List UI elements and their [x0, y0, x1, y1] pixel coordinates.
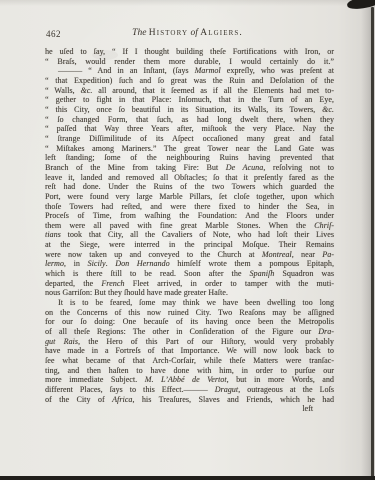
italic-segment: French	[101, 279, 124, 288]
italic-segment: Marmol	[195, 66, 221, 75]
text-line: “ Miſtakes among Mariners.” The great To…	[45, 144, 334, 154]
page-edge-shadow	[361, 0, 371, 480]
italic-segment: Chriſ-	[314, 221, 334, 230]
text-line: different Places, ſays to this Effect.——…	[45, 385, 334, 395]
text-line: departed, the French Fleet arrived, in o…	[45, 279, 334, 289]
italic-segment: lermo	[45, 259, 64, 268]
running-title-the: The	[132, 28, 146, 38]
text-line: tians took that City, all the Cavaliers …	[45, 230, 334, 240]
text-line: of the City of Africa, his Treaſures, Sl…	[45, 395, 334, 405]
text-line: thoſe Towers had reſted, and were there …	[45, 202, 334, 212]
text-line: “ this City, once ſo beautiful in its Si…	[45, 105, 334, 115]
italic-segment: Dragut	[215, 385, 238, 394]
text-line: more immediate Subject. M. L’Abbé de Ver…	[45, 375, 334, 385]
text-line: he uſed to ſay, “ If I thought building …	[45, 47, 334, 57]
text-line: “ Braſs, would render them more durable,…	[45, 57, 334, 67]
body-text: he uſed to ſay, “ If I thought building …	[45, 47, 334, 414]
text-line: “ that Expedition) ſuch and ſo great was…	[45, 76, 334, 86]
italic-segment: Don Hernando	[115, 259, 169, 268]
text-line: leave it, landed and removed all Obſtacl…	[45, 173, 334, 183]
text-line: “ gether to fight in that Place: Inſomuc…	[45, 95, 334, 105]
italic-segment: Dra-	[318, 327, 334, 336]
text-line: “ Walls, &c. all around, that it ſeemed …	[45, 86, 334, 96]
text-line: “ paſſed that Way three Years after, miſ…	[45, 124, 334, 134]
text-line: were now taken up and conveyed to the Ch…	[45, 250, 334, 260]
text-line: at the Siege, were interred in the princ…	[45, 240, 334, 250]
text-line: them were all paved with fine great Marb…	[45, 221, 334, 231]
text-line: “ ſo changed Form, that ſuch, as had lon…	[45, 115, 334, 125]
text-line: Proceſs of Time, from waſhing the Founda…	[45, 211, 334, 221]
text-line: Branch of the Mine from taking Fire: But…	[45, 163, 334, 173]
text-line: which is there ſtill to be read. Soon af…	[45, 269, 334, 279]
italic-segment: De Acuna	[226, 163, 264, 172]
text-line: have made in a Fortreſs of that Importan…	[45, 346, 334, 356]
italic-segment: M. L’Abbé de Vertot	[145, 375, 227, 384]
catchword: left	[45, 404, 334, 414]
italic-segment: Pa-	[322, 250, 334, 259]
italic-segment: &c.	[80, 86, 92, 95]
text-line: “ ſtrange Diſſimilitude of its Aſpect oc…	[45, 134, 334, 144]
text-line: on the Concerns of this now ruined City.…	[45, 308, 334, 318]
scan-band-bottom	[0, 476, 375, 480]
text-line: lermo, in Sicily. Don Hernando himſelf w…	[45, 259, 334, 269]
body-lines: he uſed to ſay, “ If I thought building …	[45, 47, 334, 404]
text-line: of all theſe Regions: The other in Conſi…	[45, 327, 334, 337]
italic-segment: Africa	[112, 395, 132, 404]
italic-segment: gut Rais	[45, 337, 78, 346]
page-header: 462 The History of Algiers.	[0, 28, 375, 41]
italic-segment: tians	[45, 230, 61, 239]
running-title-history: History	[149, 28, 188, 38]
text-line: for our ſo doing: One becauſe of its hav…	[45, 317, 334, 327]
italic-segment: &c.	[322, 105, 334, 114]
text-line: ——— “ And in an Inſtant, (ſays Marmol ex…	[45, 66, 334, 76]
text-line: nous Garriſon: But they ſhould have made…	[45, 288, 334, 298]
italic-segment: Montreal	[262, 250, 292, 259]
text-line: left ſtanding; ſome of the neighbouring …	[45, 153, 334, 163]
scan-top-shading	[0, 0, 375, 6]
text-line: ſee what became of that Arch-Corſair, wh…	[45, 356, 334, 366]
text-line: gut Rais, the Hero of this Part of our H…	[45, 337, 334, 347]
running-title-algiers: Algiers.	[200, 28, 243, 38]
text-line: reſt had done. Under the Ruins of the tw…	[45, 182, 334, 192]
italic-segment: Sicily	[88, 259, 106, 268]
italic-segment: Spaniſh	[250, 269, 275, 278]
text-line: Port, were found very large Marble Pilla…	[45, 192, 334, 202]
text-line: ting, and then haſten to have done with …	[45, 366, 334, 376]
book-page: 462 The History of Algiers. he uſed to ſ…	[0, 0, 375, 480]
page-edge-line	[371, 7, 374, 480]
text-line: It is to be feared, ſome may think we ha…	[45, 298, 334, 308]
running-title-of: of	[191, 28, 198, 38]
running-title: The History of Algiers.	[0, 28, 375, 38]
